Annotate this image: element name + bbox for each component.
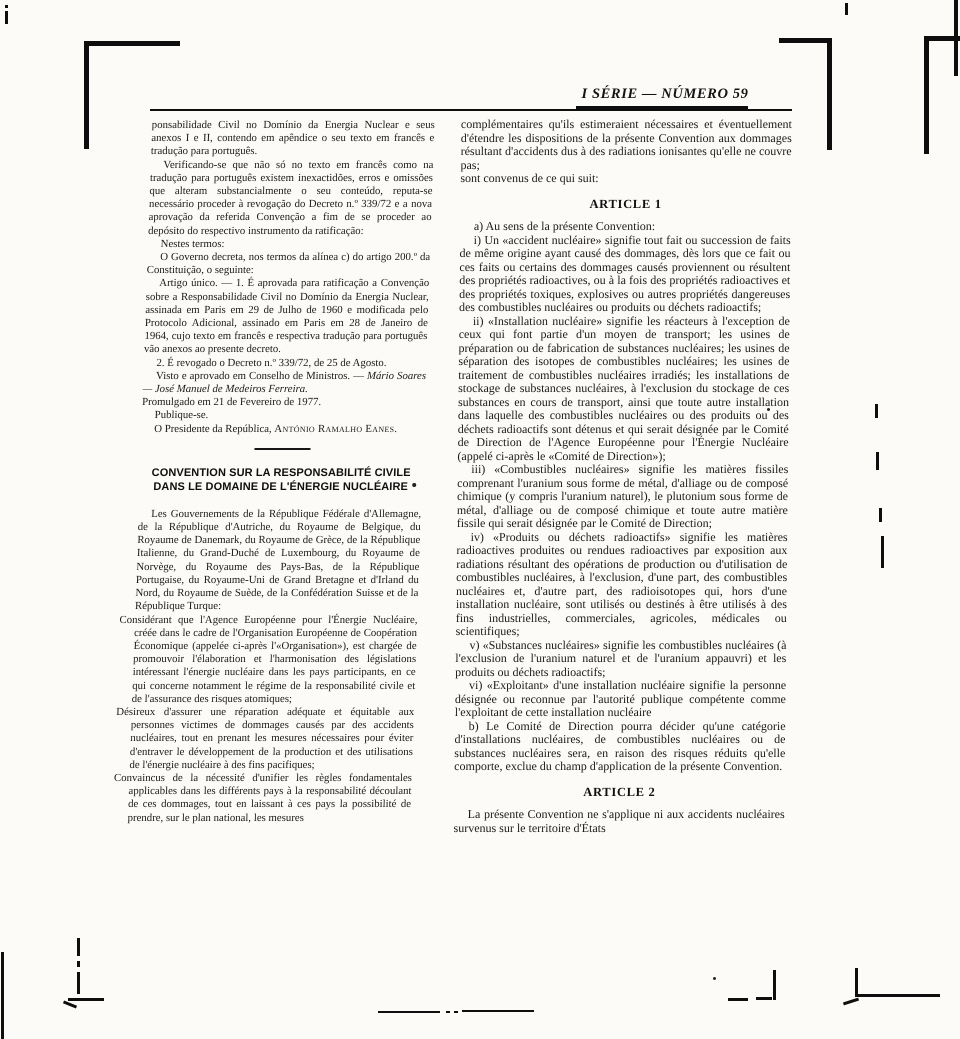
margin-dash-4 (881, 536, 884, 568)
right-edge-line (954, 0, 958, 76)
article1-item-vi: vi) «Exploitant» d'une installation nucl… (455, 679, 786, 720)
decree-visto: Visto e aprovado em Conselho de Ministro… (142, 370, 426, 396)
right-column: complémentaires qu'ils estimeraient néce… (453, 118, 792, 835)
crop-mark-top-right1-h (779, 38, 832, 43)
scan-tick-top-left-dot (5, 5, 8, 8)
decree-artigo-unico: Artigo único. — 1. É aprovada para ratif… (144, 277, 430, 356)
decree-governo: O Governo decreta, nos termos da alínea … (146, 251, 430, 277)
preamble-desireux: Désireux d'assurer une réparation adéqua… (129, 706, 414, 772)
bottom-dash-b (462, 1010, 534, 1012)
preamble-convaincus: Convaincus de la nécessité d'unifier les… (127, 772, 412, 825)
visto-text: Visto e aprovado em Conselho de Ministro… (156, 370, 367, 382)
fold-arrow-tick (63, 1000, 77, 1008)
preamble-considerant: Considérant que l'Agence Européenne pour… (132, 614, 418, 706)
margin-dash-3 (879, 508, 882, 522)
bottom-dot-a (446, 1011, 450, 1013)
header-rule (150, 109, 792, 111)
fold-dash-v2 (77, 961, 80, 967)
bottom-right-corner1-v (773, 970, 776, 1000)
decree-continuation: ponsabilidade Civil no Domínio da Energi… (151, 119, 435, 159)
preamble-complementaires: complémentaires qu'ils estimeraient néce… (460, 118, 792, 172)
article1-item-iv: iv) «Produits ou déchets radioactifs» si… (456, 531, 788, 639)
crop-mark-top-left-h (84, 41, 180, 46)
convention-title-line1: CONVENTION SUR LA RESPONSABILITÉ CIVILE (139, 466, 422, 480)
article1-item-v: v) «Substances nucléaires» signifie les … (455, 639, 786, 680)
article1-item-a: a) Au sens de la présente Convention: (460, 220, 791, 234)
crop-mark-top-left-v (84, 41, 89, 149)
article1-item-b: b) Le Comité de Direction pourra décider… (454, 720, 786, 774)
preamble-gouvernements: Les Gouvernements de la République Fédér… (135, 508, 422, 614)
article-2-heading: ARTICLE 2 (454, 786, 785, 800)
decree-revogado: 2. É revogado o Decreto n.º 339/72, de 2… (143, 357, 426, 370)
margin-dash-1 (875, 404, 878, 418)
article2-text: La présente Convention ne s'applique ni … (453, 808, 784, 835)
scan-tick-top-left (5, 11, 8, 24)
sont-convenus: sont convenus de ce qui suit: (460, 172, 791, 186)
article1-item-iii: iii) «Combustibles nucléaires» signifie … (457, 463, 789, 531)
printed-dot-mark (412, 483, 416, 487)
president-name: António Ramalho Eanes. (274, 423, 397, 435)
article1-item-i: i) Un «accident nucléaire» signifie tout… (459, 234, 791, 315)
header-rule-heavy (576, 106, 748, 109)
left-column: ponsabilidade Civil no Domínio da Energi… (127, 119, 435, 825)
bottom-right-corner2-h (855, 994, 940, 997)
fold-dash-v1 (77, 938, 80, 956)
speck-1 (767, 408, 770, 411)
section-divider (254, 448, 310, 450)
fold-arrow-bar (68, 998, 104, 1001)
convention-title: CONVENTION SUR LA RESPONSABILITÉ CIVILE … (139, 466, 423, 494)
convention-title-line2: DANS LE DOMAINE DE L'ÉNERGIE NUCLÉAIRE (139, 480, 422, 494)
left-edge-line (1, 952, 4, 1039)
bottom-right-dash-2 (756, 997, 772, 1000)
decree-publique-se: Publique-se. (141, 409, 424, 422)
fold-dash-v3 (77, 972, 80, 994)
decree-promulgado: Promulgado em 21 de Fevereiro de 1977. (142, 396, 425, 409)
masthead: I SÉRIE — NÚMERO 59 (580, 86, 750, 103)
scan-tick-top-right (845, 3, 848, 15)
bottom-right-dash-1 (728, 998, 748, 1001)
article1-item-ii: ii) «Installation nucléaire» signifie le… (457, 315, 790, 464)
bottom-right-arrow-tick (843, 998, 859, 1006)
bottom-dot-b (454, 1011, 458, 1013)
presidente-prefix: O Presidente da República, (154, 423, 275, 435)
scanned-gazette-page: I SÉRIE — NÚMERO 59 ponsabilidade Civil … (0, 0, 960, 1039)
bottom-dash-a (378, 1011, 440, 1013)
decree-verificando: Verificando-se que não só no texto em fr… (148, 159, 434, 238)
margin-dash-2 (876, 452, 879, 470)
speck-2 (713, 977, 716, 980)
crop-mark-top-right1-v (827, 38, 832, 150)
decree-presidente: O Presidente da República, António Ramal… (141, 423, 424, 436)
bottom-right-corner2-v (855, 968, 858, 996)
decree-nestes-termos: Nestes termos: (147, 238, 430, 251)
crop-mark-top-right2-v (924, 36, 929, 154)
article-1-heading: ARTICLE 1 (460, 198, 791, 212)
